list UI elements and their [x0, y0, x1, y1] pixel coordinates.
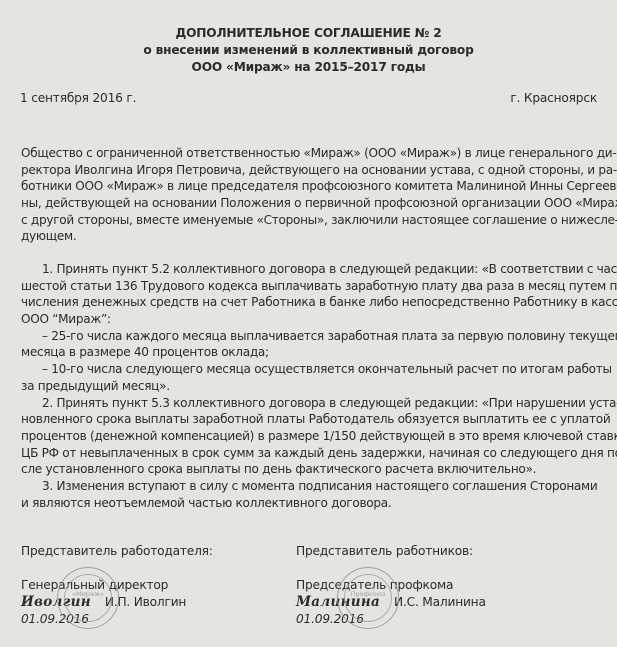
item-1-line: ООО “Мираж”:: [21, 311, 597, 328]
item-1-line: шестой статьи 136 Трудового кодекса выпл…: [21, 278, 597, 295]
item-2-line: новленного срока выплаты заработной плат…: [21, 411, 597, 428]
text-line: с другой стороны, вместе именуемые «Стор…: [21, 212, 597, 229]
employees-heading: Представитель работников:: [296, 543, 596, 560]
text-line: ректора Иволгина Игоря Петровича, действ…: [21, 162, 597, 179]
item-2-line: ЦБ РФ от невыплаченных в срок сумм за ка…: [21, 445, 597, 462]
employer-stamp-text: «Мираж»: [58, 590, 118, 598]
agreement-items: 1. Принять пункт 5.2 коллективного догов…: [21, 261, 597, 511]
employees-name: И.С. Малинина: [394, 595, 486, 609]
intro-paragraph: Общество с ограниченной ответственностью…: [21, 145, 597, 245]
item-3-line: и являются неотъемлемой частью коллектив…: [21, 495, 597, 512]
item-2-line: процентов (денежной компенсацией) в разм…: [21, 428, 597, 445]
document-city: г. Красноярск: [510, 90, 597, 107]
text-line: ны, действующей на основании Положения о…: [21, 195, 597, 212]
item-1-line: числения денежных средств на счет Работн…: [21, 294, 597, 311]
document-date: 1 сентября 2016 г.: [20, 90, 136, 107]
item-1-bullet-line: – 10-го числа следующего месяца осуществ…: [21, 361, 597, 378]
item-1-line: 1. Принять пункт 5.2 коллективного догов…: [21, 261, 597, 278]
item-3-line: 3. Изменения вступают в силу с момента п…: [21, 478, 597, 495]
text-line: Общество с ограниченной ответственностью…: [21, 145, 597, 162]
title-line-3: ООО «Мираж» на 2015–2017 годы: [0, 59, 617, 76]
employer-sign-date: 01.09.2016: [21, 611, 281, 628]
item-2-line: сле установленного срока выплаты по день…: [21, 461, 597, 478]
document-title: ДОПОЛНИТЕЛЬНОЕ СОГЛАШЕНИЕ № 2 о внесении…: [0, 25, 617, 76]
agreement-document: ДОПОЛНИТЕЛЬНОЕ СОГЛАШЕНИЕ № 2 о внесении…: [0, 0, 617, 647]
employer-heading: Представитель работодателя:: [21, 543, 281, 560]
title-line-2: о внесении изменений в коллективный дого…: [0, 42, 617, 59]
item-1-bullet-line: за предыдущий месяц».: [21, 378, 597, 395]
text-line: ботники ООО «Мираж» в лице председателя …: [21, 178, 597, 195]
employer-stamp-icon: «Мираж»: [57, 567, 119, 629]
title-line-1: ДОПОЛНИТЕЛЬНОЕ СОГЛАШЕНИЕ № 2: [0, 25, 617, 42]
date-place-line: 1 сентября 2016 г. г. Красноярск: [20, 90, 597, 107]
item-1-bullet-line: – 25-го числа каждого месяца выплачивает…: [21, 328, 597, 345]
union-stamp-text: Профсоюз: [338, 590, 398, 598]
item-2-line: 2. Принять пункт 5.3 коллективного догов…: [21, 395, 597, 412]
text-line: дующем.: [21, 228, 597, 245]
union-stamp-icon: Профсоюз: [337, 567, 399, 629]
item-1-bullet-line: месяца в размере 40 процентов оклада;: [21, 344, 597, 361]
